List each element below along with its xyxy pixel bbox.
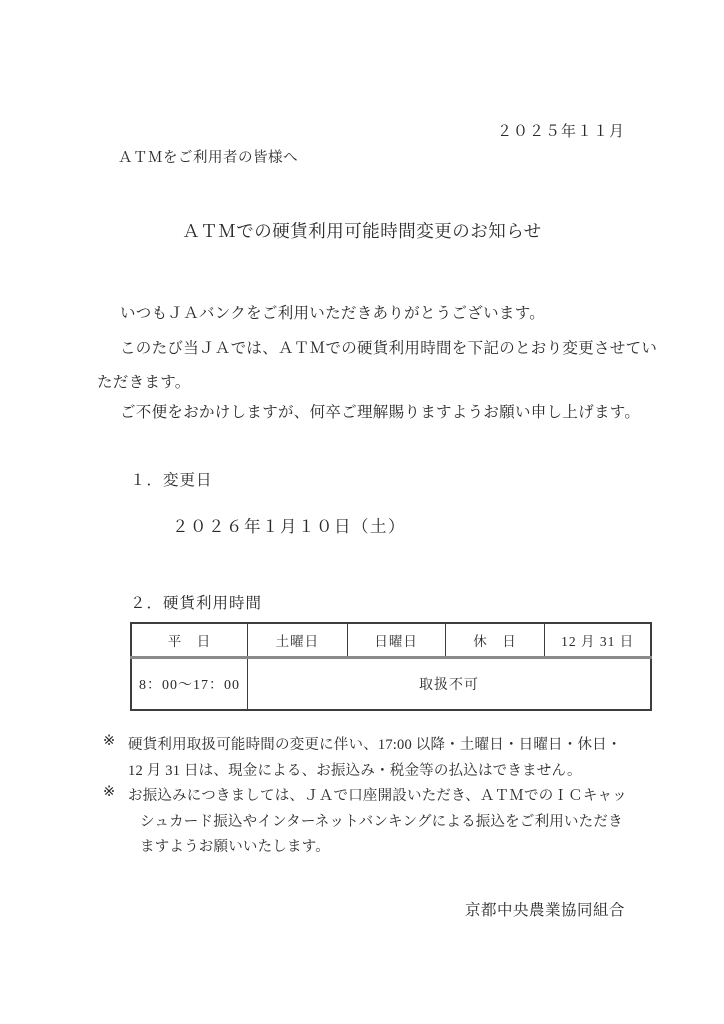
notice-paragraph-line2: ただきます。 bbox=[97, 370, 191, 392]
apology-paragraph: ご不便をおかけしますが、何卒ご理解賜りますようお願い申し上げます。 bbox=[120, 400, 640, 422]
header-weekday: 平 日 bbox=[131, 623, 247, 657]
change-date-value: ２０２６年１月１０日（土） bbox=[172, 513, 406, 537]
coin-hours-table: 平 日 土曜日 日曜日 休 日 12 月 31 日 8：00～17：00 取扱不… bbox=[130, 622, 652, 711]
header-dec31: 12 月 31 日 bbox=[545, 623, 651, 657]
header-holiday: 休 日 bbox=[445, 623, 545, 657]
footnote-line: 硬貨利用取扱可能時間の変更に伴い、17:00 以降・土曜日・日曜日・休日・ bbox=[128, 733, 622, 759]
footnote-line: お振込みにつきましては、ＪＡで口座開設いただき、ＡＴＭでのＩＣキャッ bbox=[128, 784, 627, 810]
table-header-row: 平 日 土曜日 日曜日 休 日 12 月 31 日 bbox=[131, 623, 651, 657]
footnote-line: 12 月 31 日は、現金による、お振込み・税金等の払込はできません。 bbox=[128, 759, 622, 785]
organization-name: 京都中央農業協同組合 bbox=[0, 898, 625, 920]
table-data-row: 8：00～17：00 取扱不可 bbox=[131, 657, 651, 710]
section-change-date-heading: １．変更日 bbox=[130, 468, 213, 490]
header-sunday: 日曜日 bbox=[347, 623, 445, 657]
document-title: ＡＴＭでの硬貨利用可能時間変更のお知らせ bbox=[0, 218, 724, 243]
note-marker: ※ bbox=[103, 784, 115, 801]
notice-paragraph-line1: このたび当ＪＡでは、ＡＴＭでの硬貨利用時間を下記のとおり変更させてい bbox=[120, 336, 657, 358]
document-page: ２０２５年１１月 ＡＴＭをご利用者の皆様へ ＡＴＭでの硬貨利用可能時間変更のお知… bbox=[0, 0, 724, 1024]
document-date: ２０２５年１１月 bbox=[0, 120, 625, 141]
weekday-hours-cell: 8：00～17：00 bbox=[131, 657, 247, 710]
note-marker: ※ bbox=[103, 733, 115, 750]
greeting-paragraph: いつもＪＡバンクをご利用いただきありがとうございます。 bbox=[120, 301, 545, 323]
closed-cell: 取扱不可 bbox=[247, 657, 651, 710]
footnote-line: シュカード振込やインターネットバンキングによる振込をご利用いただき bbox=[140, 810, 627, 836]
section-coin-hours-heading: ２．硬貨利用時間 bbox=[130, 591, 262, 613]
recipient-line: ＡＴＭをご利用者の皆様へ bbox=[118, 146, 298, 167]
header-saturday: 土曜日 bbox=[247, 623, 347, 657]
footnote-line: ますようお願いいたします。 bbox=[140, 835, 627, 861]
